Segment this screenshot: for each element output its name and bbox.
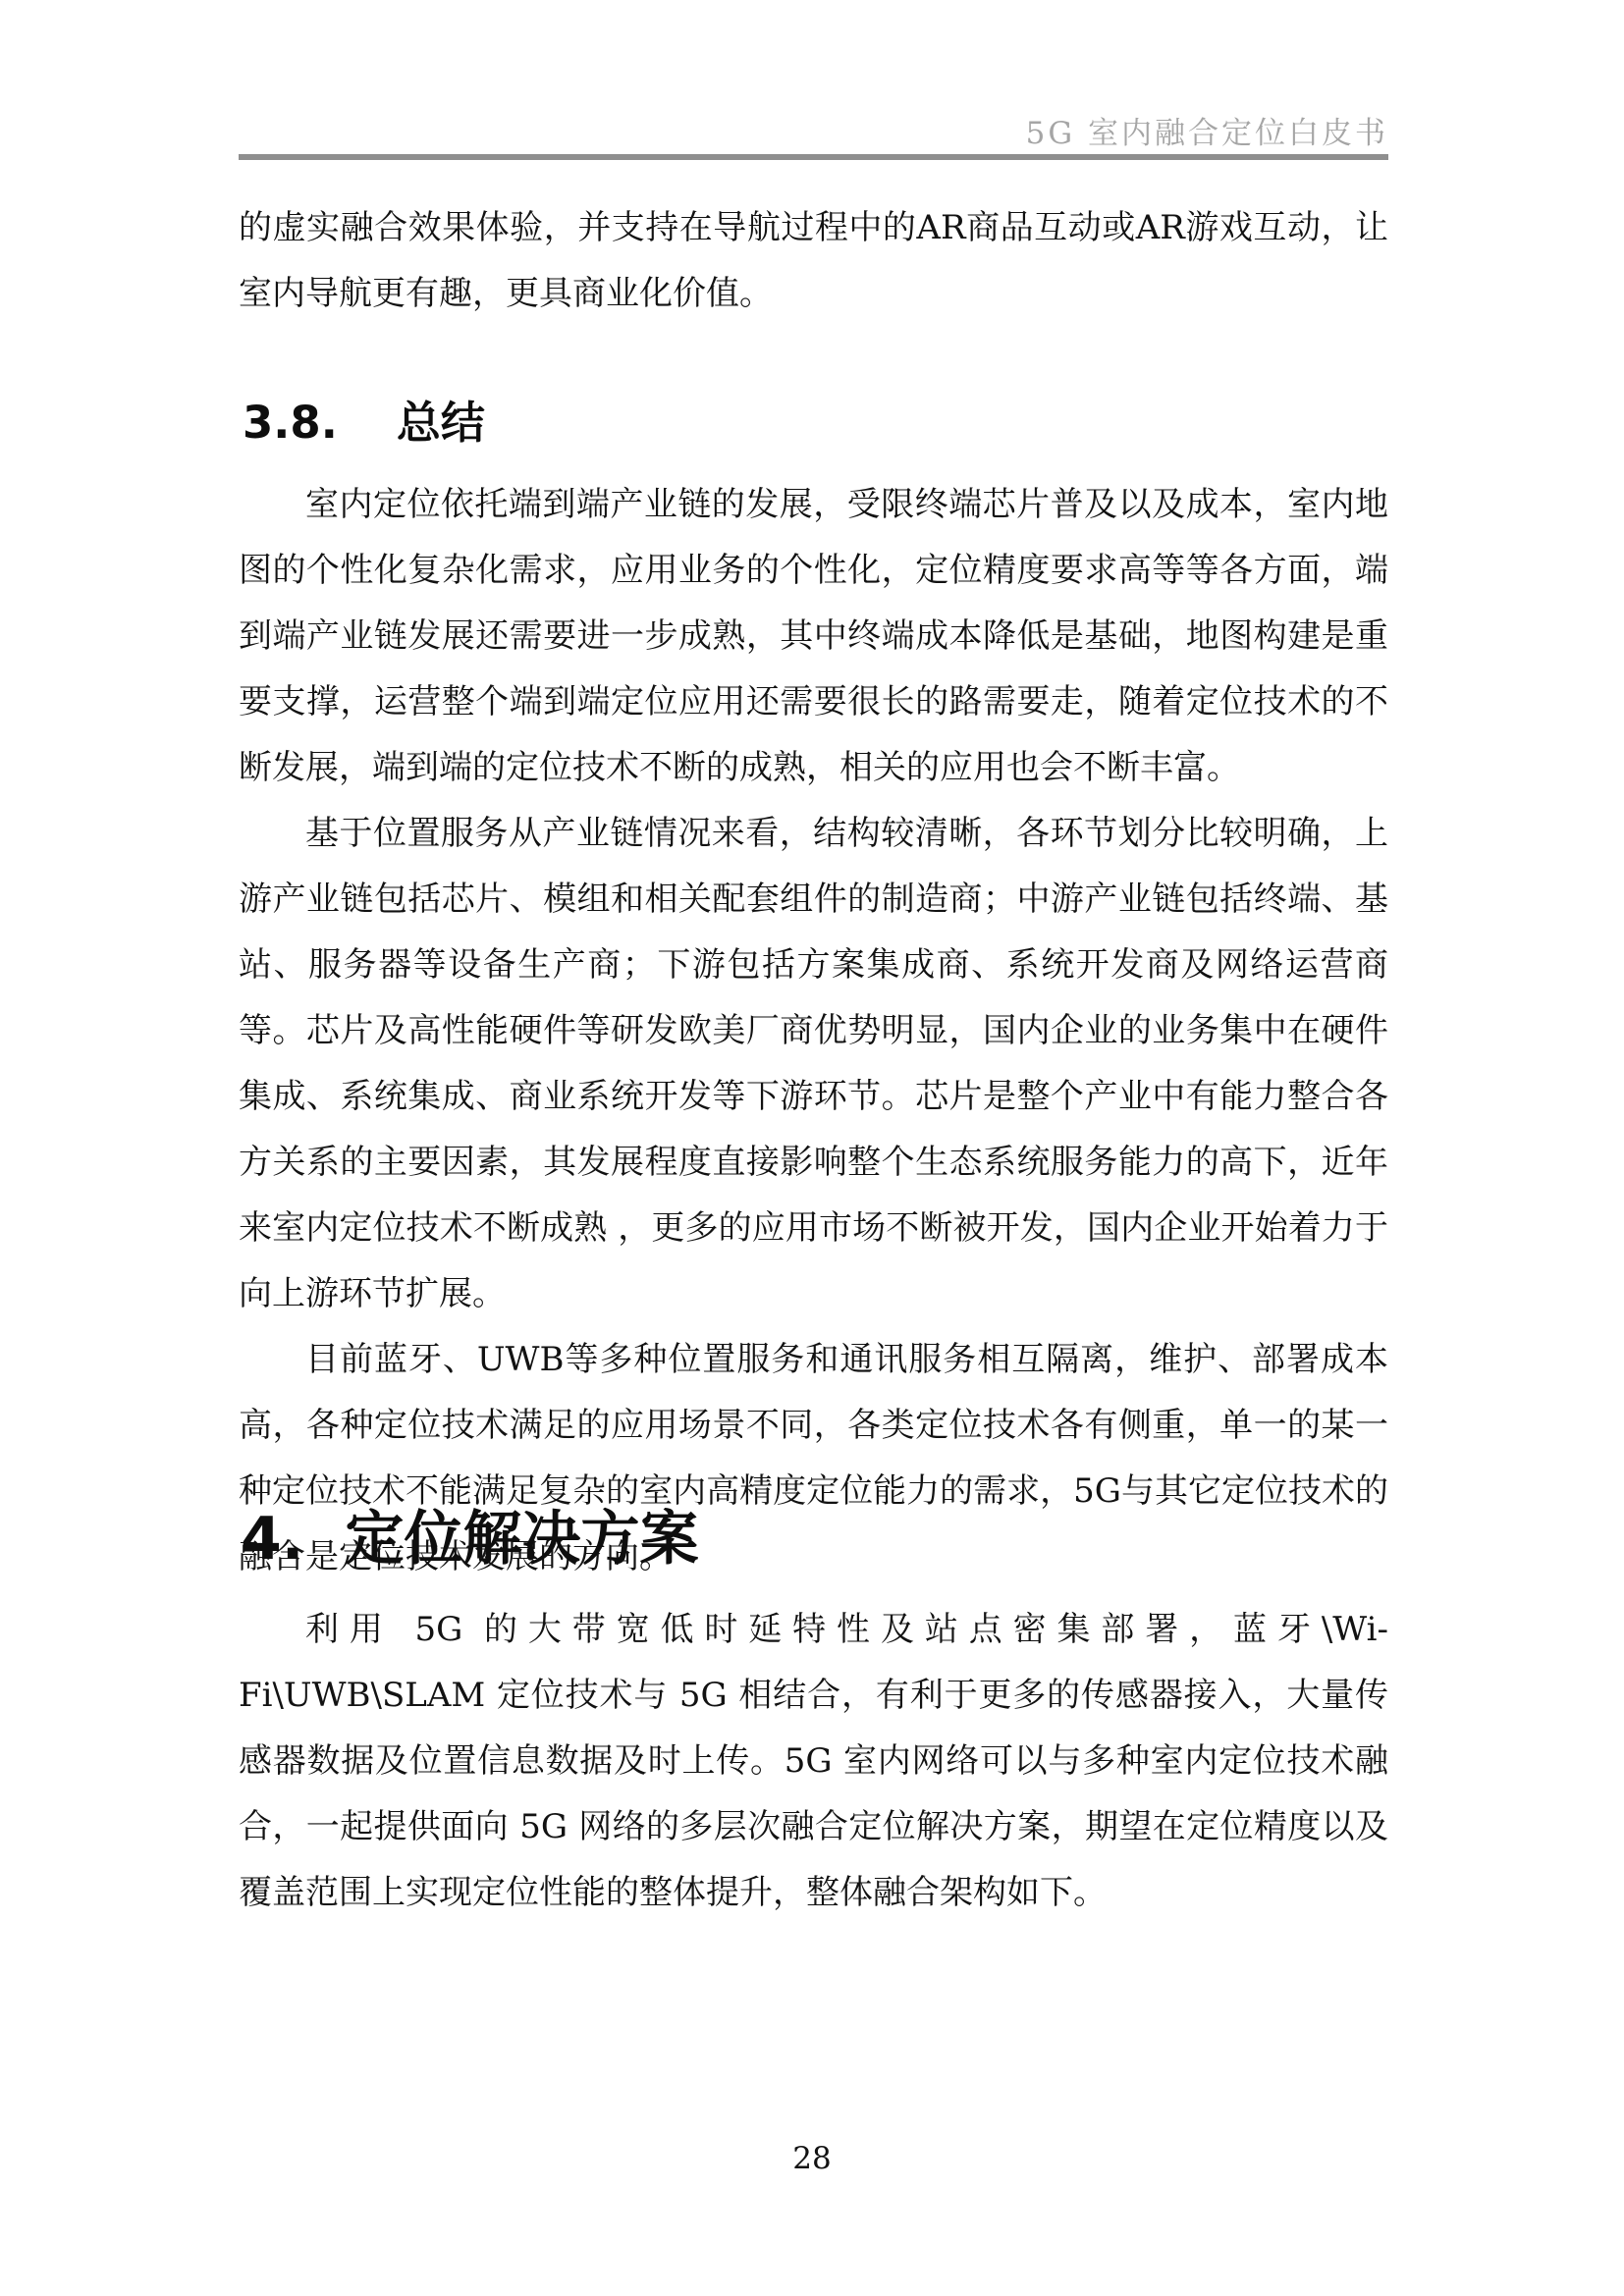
page-header-title: 5G 室内融合定位白皮书 bbox=[239, 116, 1388, 151]
continuation-paragraph-block: 的虚实融合效果体验，并支持在导航过程中的AR商品互动或AR游戏互动，让室内导航更… bbox=[239, 195, 1388, 327]
page-number: 28 bbox=[0, 2140, 1624, 2177]
section-4-number: 4. bbox=[241, 1504, 304, 1575]
section-4-body: 利用 5G 的大带宽低时延特性及站点密集部署，蓝牙\Wi-Fi\UWB\SLAM… bbox=[239, 1597, 1388, 1926]
document-page: 5G 室内融合定位白皮书 的虚实融合效果体验，并支持在导航过程中的AR商品互动或… bbox=[0, 0, 1624, 2296]
section-4-heading: 4. 定位解决方案 bbox=[241, 1504, 699, 1575]
header-divider-line bbox=[239, 154, 1388, 160]
section-3-8-title: 总结 bbox=[397, 396, 485, 451]
section-3-8-number: 3.8. bbox=[243, 396, 338, 451]
section-3-8-heading: 3.8. 总结 bbox=[243, 396, 485, 451]
continuation-paragraph: 的虚实融合效果体验，并支持在导航过程中的AR商品互动或AR游戏互动，让室内导航更… bbox=[239, 195, 1388, 327]
section-3-8-paragraph-2: 基于位置服务从产业链情况来看，结构较清晰，各环节划分比较明确，上游产业链包括芯片… bbox=[239, 801, 1388, 1327]
section-4-paragraph-1: 利用 5G 的大带宽低时延特性及站点密集部署，蓝牙\Wi-Fi\UWB\SLAM… bbox=[239, 1597, 1388, 1926]
section-4-title: 定位解决方案 bbox=[346, 1504, 699, 1575]
section-3-8-paragraph-1: 室内定位依托端到端产业链的发展，受限终端芯片普及以及成本，室内地图的个性化复杂化… bbox=[239, 472, 1388, 801]
section-3-8-body: 室内定位依托端到端产业链的发展，受限终端芯片普及以及成本，室内地图的个性化复杂化… bbox=[239, 472, 1388, 1590]
